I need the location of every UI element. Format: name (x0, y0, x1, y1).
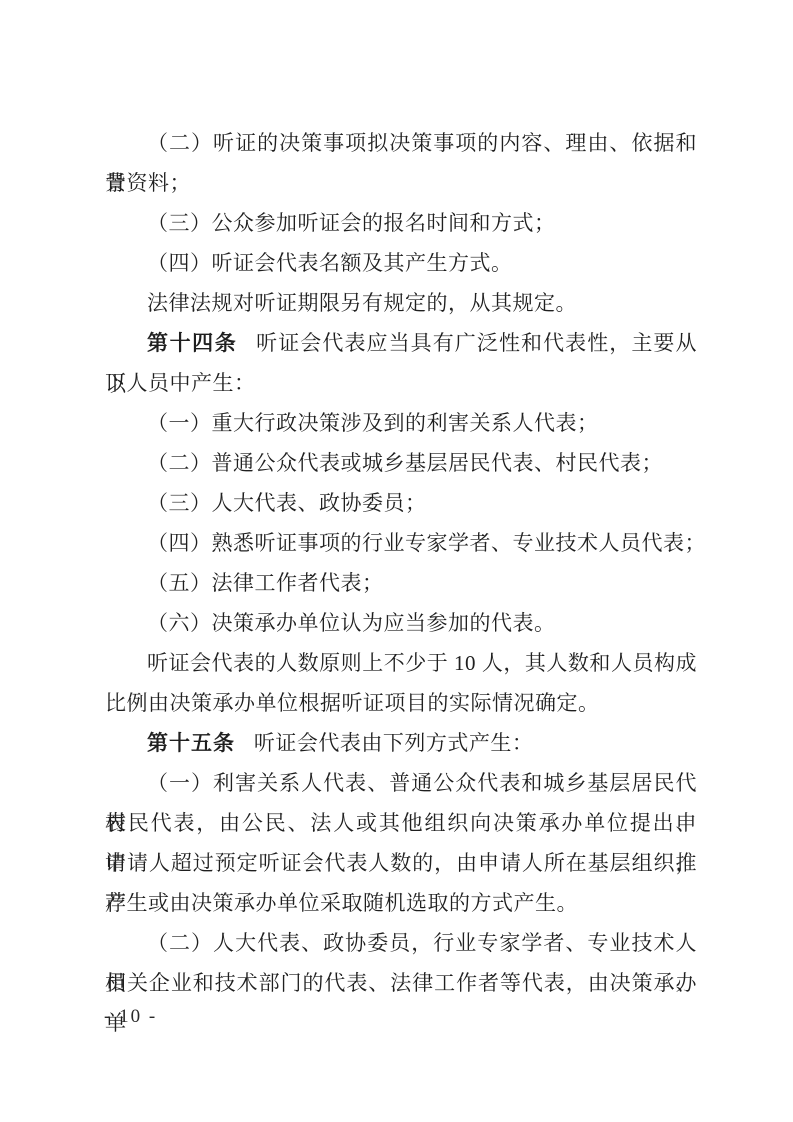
line-text: 法律法规对听证期限另有规定的，从其规定。 (147, 291, 577, 315)
text-line: （六）决策承办单位认为应当参加的代表。 (105, 603, 697, 643)
line-text: （三）人大代表、政协委员； (147, 491, 427, 515)
text-line: 相关企业和技术部门的代表、法律工作者等代表，由决策承办单 (105, 963, 697, 1003)
text-line: （三）人大代表、政协委员； (105, 483, 697, 523)
text-line: （一）重大行政决策涉及到的利害关系人代表； (105, 403, 697, 443)
text-line: （二）人大代表、政协委员，行业专家学者、专业技术人员、 (105, 923, 697, 963)
article-number: 第十四条 (147, 332, 237, 355)
text-line: 听证会代表的人数原则上不少于 10 人，其人数和人员构成 (105, 643, 697, 683)
text-line: （三）公众参加听证会的报名时间和方式； (105, 203, 697, 243)
text-line: （二）听证的决策事项拟决策事项的内容、理由、依据和背 (105, 123, 697, 163)
text-line: （五）法律工作者代表； (105, 563, 697, 603)
line-text: （一）重大行政决策涉及到的利害关系人代表； (147, 411, 599, 435)
text-line: 法律法规对听证期限另有规定的，从其规定。 (105, 283, 697, 323)
line-text: （四）熟悉听证事项的行业专家学者、专业技术人员代表； (147, 531, 706, 555)
line-text: （六）决策承办单位认为应当参加的代表。 (147, 611, 556, 635)
document-body: （二）听证的决策事项拟决策事项的内容、理由、依据和背 景资料； （三）公众参加听… (105, 123, 697, 1003)
line-text: 产生或由决策承办单位采取随机选取的方式产生。 (105, 891, 578, 915)
line-text: （五）法律工作者代表； (147, 571, 384, 595)
line-text: 景资料； (105, 171, 191, 195)
text-line: 景资料； (105, 163, 697, 203)
text-line: （四）听证会代表名额及其产生方式。 (105, 243, 697, 283)
document-page: （二）听证的决策事项拟决策事项的内容、理由、依据和背 景资料； （三）公众参加听… (0, 0, 793, 1122)
text-line: 比例由决策承办单位根据听证项目的实际情况确定。 (105, 683, 697, 723)
line-text: 下人员中产生： (105, 371, 256, 395)
article-number: 第十五条 (147, 732, 235, 755)
text-line: （二）普通公众代表或城乡基层居民代表、村民代表； (105, 443, 697, 483)
line-text: 听证会代表由下列方式产生： (254, 731, 534, 755)
line-text: 比例由决策承办单位根据听证项目的实际情况确定。 (105, 691, 600, 715)
text-line: 申请人超过预定听证会代表人数的，由申请人所在基层组织推荐 (105, 843, 697, 883)
line-text: 相关企业和技术部门的代表、法律工作者等代表，由决策承办单 (105, 971, 697, 1035)
line-text: （四）听证会代表名额及其产生方式。 (147, 251, 513, 275)
text-line: 第十五条听证会代表由下列方式产生： (105, 723, 697, 763)
page-number: - 10 - (104, 1002, 157, 1032)
line-text: （二）普通公众代表或城乡基层居民代表、村民代表； (147, 451, 663, 475)
text-line: 下人员中产生： (105, 363, 697, 403)
line-text: 听证会代表的人数原则上不少于 10 人，其人数和人员构成 (147, 651, 697, 675)
text-line: 村民代表，由公民、法人或其他组织向决策承办单位提出申请， (105, 803, 697, 843)
text-line: （一）利害关系人代表、普通公众代表和城乡基层居民代表、 (105, 763, 697, 803)
text-line: （四）熟悉听证事项的行业专家学者、专业技术人员代表； (105, 523, 697, 563)
text-line: 产生或由决策承办单位采取随机选取的方式产生。 (105, 883, 697, 923)
text-line: 第十四条听证会代表应当具有广泛性和代表性，主要从以 (105, 323, 697, 363)
line-text: （三）公众参加听证会的报名时间和方式； (147, 211, 556, 235)
